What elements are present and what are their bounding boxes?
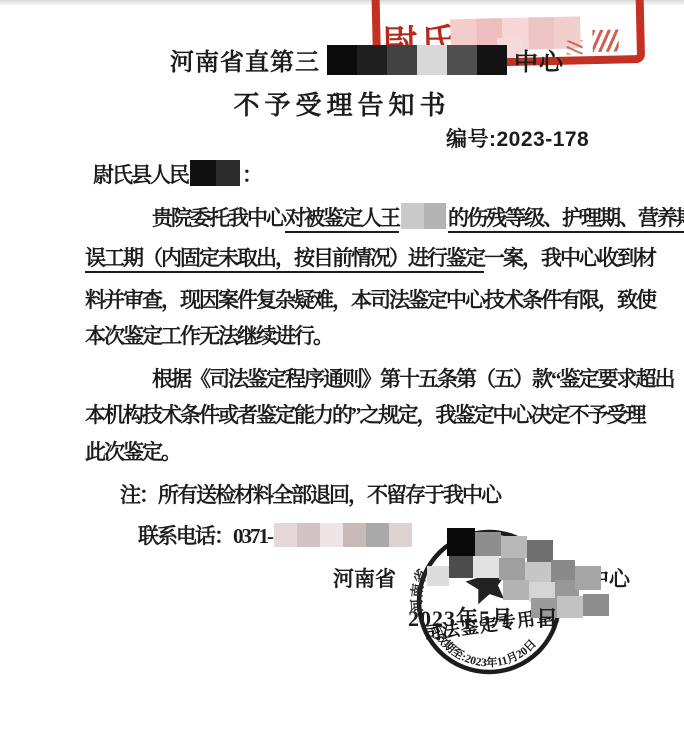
body-text-segment: 根据《司法鉴定程序通则》第十五条第（五）款“鉴定要求超出 bbox=[152, 367, 674, 391]
body-line: 误工期（内固定未取出，按目前情况）进行鉴定一案，我中心收到材 bbox=[85, 245, 630, 271]
redaction-tile bbox=[447, 528, 475, 556]
body-line: 注：所有送检材料全部退回，不留存于我中心 bbox=[85, 482, 665, 508]
body-text-segment: 一案，我中心收到材 bbox=[484, 246, 655, 270]
org-headline-redaction-mosaic bbox=[327, 45, 507, 75]
redaction-tile bbox=[447, 45, 477, 75]
redaction-tile bbox=[357, 45, 387, 75]
redaction-tile bbox=[327, 45, 357, 75]
redaction-tile bbox=[320, 523, 343, 547]
redaction-tile bbox=[477, 45, 507, 75]
redaction-tile bbox=[366, 523, 389, 547]
red-stamp-fragment bbox=[567, 40, 583, 54]
redaction-mosaic-name_black bbox=[190, 160, 240, 186]
redaction-tile bbox=[501, 536, 527, 558]
redaction-tile bbox=[525, 562, 551, 582]
redaction-tile bbox=[401, 203, 424, 229]
redaction-tile bbox=[475, 532, 501, 556]
body-text-segment: 尉氏县人民 bbox=[93, 163, 188, 187]
redaction-tile bbox=[503, 580, 529, 600]
body-text-segment: 贵院委托我中心 bbox=[152, 206, 285, 230]
body-line: 尉氏县人民： bbox=[85, 160, 638, 188]
redaction-tile bbox=[527, 540, 553, 562]
body-text-segment: 的伤残等级、护理期、营养期、 bbox=[448, 206, 684, 230]
body-text-segment: 联系电话：0371- bbox=[138, 524, 272, 548]
redaction-tile bbox=[575, 566, 601, 590]
org-headline-suffix: 中心 bbox=[514, 42, 564, 77]
redaction-tile bbox=[387, 45, 417, 75]
redaction-tile bbox=[449, 556, 473, 578]
redaction-tile bbox=[551, 560, 575, 582]
redaction-tile bbox=[583, 594, 609, 616]
body-line: 贵院委托我中心对被鉴定人王的伤残等级、护理期、营养期、 bbox=[85, 203, 684, 231]
org-headline: 河南省直第三 中心 bbox=[170, 42, 564, 77]
body-line: 本次鉴定工作无法继续进行。 bbox=[85, 323, 630, 349]
org-headline-prefix: 河南省直第三 bbox=[170, 42, 320, 77]
date-suffix: 日 bbox=[536, 606, 559, 631]
date-prefix: 2023年5月 bbox=[408, 606, 514, 631]
body-text-segment: ： bbox=[242, 163, 261, 187]
redaction-tile bbox=[499, 558, 525, 580]
body-text-segment: 本次鉴定工作无法继续进行。 bbox=[85, 324, 332, 348]
redaction-tile bbox=[473, 556, 499, 578]
redaction-tile bbox=[424, 203, 446, 229]
body-text-segment: 误工期（内固定未取出，按目前情况）进行鉴定 bbox=[85, 246, 484, 270]
redaction-tile bbox=[216, 160, 240, 186]
body-text-segment: 此次鉴定。 bbox=[85, 440, 180, 464]
date-line: 2023年5月日 bbox=[408, 602, 559, 633]
redaction-tile bbox=[274, 523, 297, 547]
redaction-tile bbox=[190, 160, 216, 186]
signature-org-prefix: 河南省 bbox=[333, 563, 396, 593]
redaction-tile bbox=[427, 566, 449, 586]
redaction-tile bbox=[343, 523, 366, 547]
redaction-tile bbox=[417, 45, 447, 75]
redaction-mosaic-phone bbox=[274, 523, 412, 547]
body-text-segment: 注：所有送检材料全部退回，不留存于我中心 bbox=[120, 483, 500, 507]
scanned-document: 尉氏 河南省直第三 中心 不予受理告知书 编号:2023-178 尉氏县人民：贵… bbox=[0, 0, 684, 730]
body-line: 此次鉴定。 bbox=[85, 439, 630, 465]
body-text-segment: 对被鉴定人王 bbox=[285, 206, 399, 230]
document-number: 编号:2023-178 bbox=[446, 123, 589, 153]
document-title: 不予受理告知书 bbox=[0, 85, 684, 122]
redaction-mosaic-name_grey bbox=[401, 203, 446, 229]
body-text-segment: 本机构技术条件或者鉴定能力的”之规定，我鉴定中心决定不予受理 bbox=[85, 403, 645, 427]
body-line: 料并审查，现因案件复杂疑难，本司法鉴定中心技术条件有限，致使 bbox=[85, 287, 630, 313]
redaction-tile bbox=[297, 523, 320, 547]
body-text-segment: 料并审查，现因案件复杂疑难，本司法鉴定中心技术条件有限，致使 bbox=[85, 288, 655, 312]
redaction-tile bbox=[557, 596, 583, 618]
body-line: 联系电话：0371- bbox=[85, 523, 683, 549]
body-line: 本机构技术条件或者鉴定能力的”之规定，我鉴定中心决定不予受理 bbox=[85, 402, 630, 428]
red-stamp-fragment bbox=[592, 30, 618, 53]
body-line: 根据《司法鉴定程序通则》第十五条第（五）款“鉴定要求超出 bbox=[85, 366, 684, 392]
